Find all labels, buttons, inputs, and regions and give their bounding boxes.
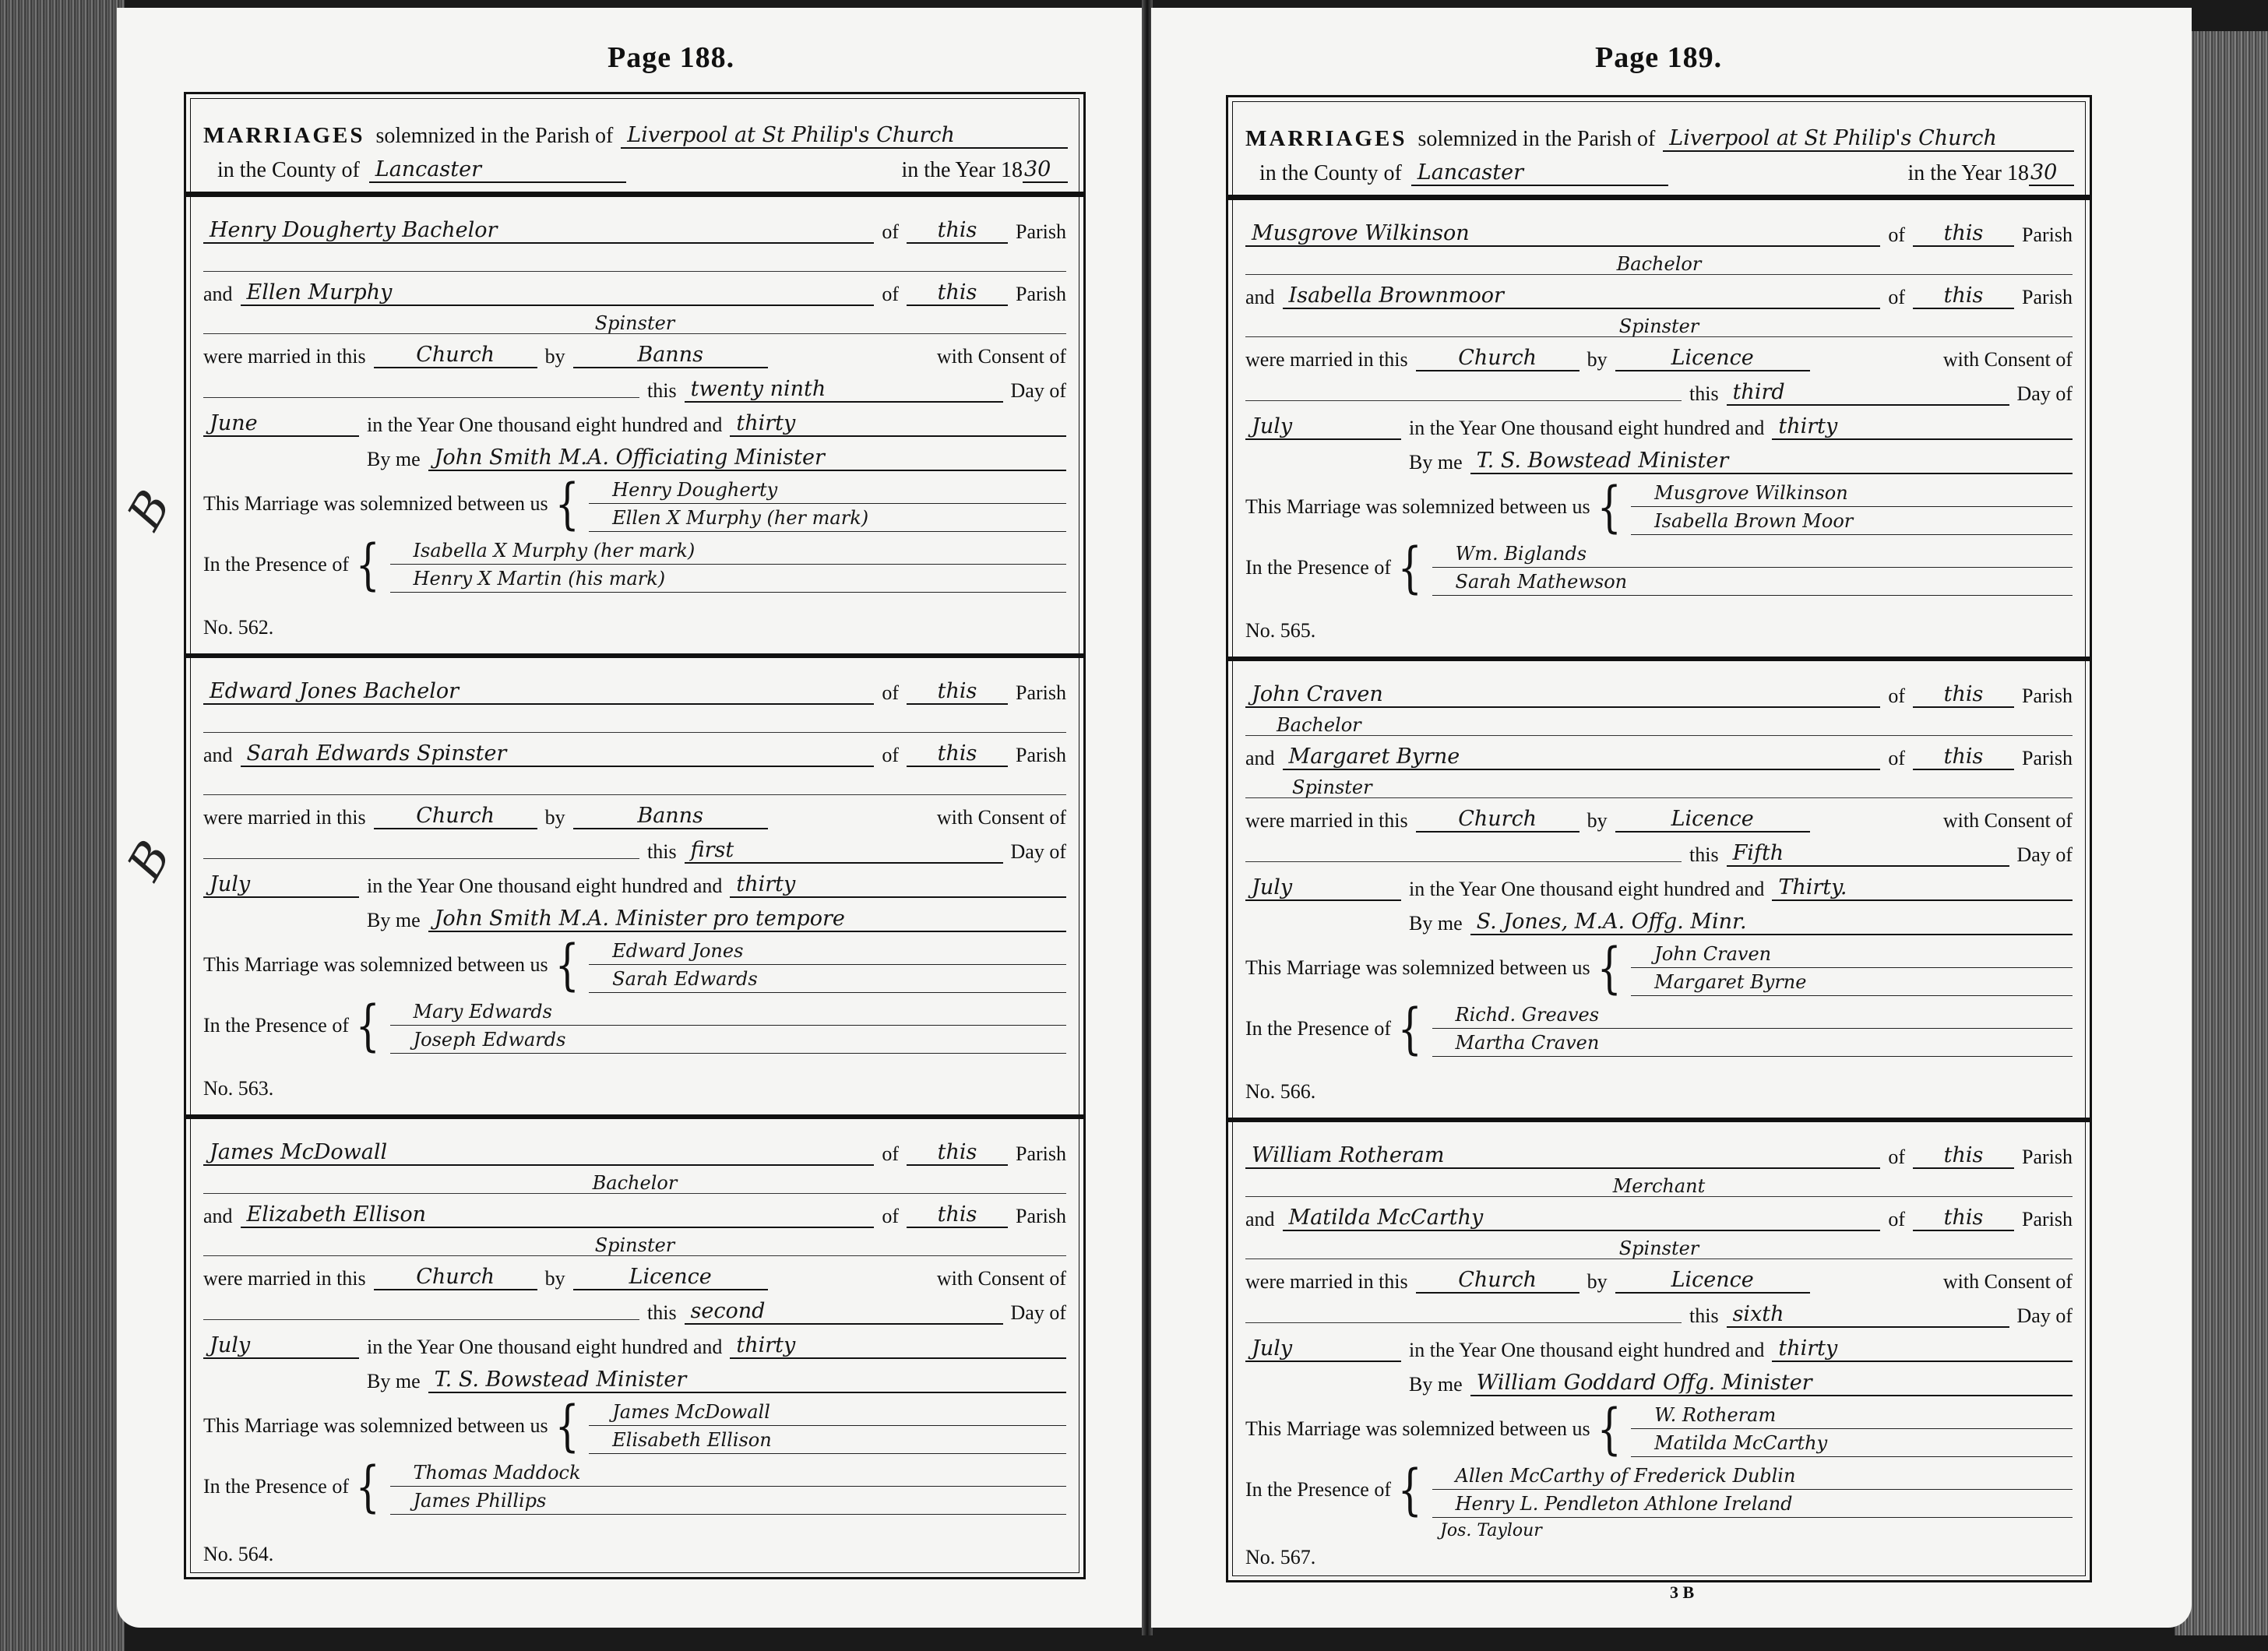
header-title: MARRIAGES [1245,126,1407,152]
brace: { [356,998,380,1053]
party-signature: Musgrove Wilkinson [1631,479,2073,507]
groom-name: John Craven [1245,683,1880,708]
header-label: in the Year 18 [1907,161,2029,186]
label: in the Year One thousand eight hundred a… [367,1336,722,1359]
brace: { [1398,540,1422,595]
groom-condition: Merchant [1245,1176,2073,1197]
party-signature: James McDowall [589,1398,1066,1426]
bride-parish: this [1913,284,2014,309]
bride-parish: this [907,281,1008,306]
label: Parish [1016,681,1066,705]
label: by [545,1267,565,1290]
label: in the Year One thousand eight hundred a… [367,414,722,437]
brace: { [555,477,579,531]
label: with Consent of [937,345,1066,368]
witness-signature: Richd. Greaves [1432,1001,2073,1029]
page-number: Page 188. [607,40,734,75]
groom-name: William Rotheram [1245,1144,1880,1169]
header-label: in the Year 18 [901,158,1023,183]
label: in the Year One thousand eight hundred a… [1409,878,1764,901]
year-words: thirty [730,873,1066,898]
brace: { [1597,941,1621,995]
groom-parish: this [907,680,1008,705]
bride-parish: this [1913,1206,2014,1231]
label: Parish [2022,685,2073,708]
place-value: Church [1416,347,1579,371]
year-words: thirty [1772,1337,2073,1362]
bride-parish: this [907,1203,1008,1228]
label: Parish [2022,747,2073,770]
brace: { [1398,1463,1422,1517]
entry-number: No. 562. [203,616,273,639]
groom-parish: this [907,1141,1008,1166]
bride-condition: Spinster [203,1235,1066,1256]
label: This Marriage was solemnized between us [1245,956,1590,980]
witness-signature: Isabella X Murphy (her mark) [390,537,1066,565]
label: of [882,220,899,244]
margin-mark: B [118,832,182,889]
register-header: MARRIAGES solemnized in the Parish of Li… [1228,97,2090,200]
header-title: MARRIAGES [203,123,364,149]
label: Parish [1016,1205,1066,1228]
blank-line [203,396,639,398]
bride-condition: Spinster [1245,777,2073,798]
label: in the Year One thousand eight hundred a… [367,875,722,898]
margin-mark: B [118,481,182,538]
label: with Consent of [1943,1270,2073,1294]
place-value: Church [1416,808,1579,833]
party-signature: Matilda McCarthy [1631,1429,2073,1457]
party-signature: Henry Dougherty [589,476,1066,504]
marriage-entry: John Craven of this Parish Bachelor and … [1228,661,2090,1122]
party-signature: Edward Jones [589,937,1066,965]
label: this [1689,1304,1719,1328]
witness-signature: James Phillips [390,1487,1066,1515]
label: In the Presence of [203,1014,349,1037]
header-label: solemnized in the Parish of [375,124,613,149]
party-signature: Margaret Byrne [1631,968,2073,996]
label: By me [1409,1373,1463,1396]
witness-signature: Mary Edwards [390,998,1066,1026]
groom-name: Edward Jones Bachelor [203,680,874,705]
label: were married in this [1245,809,1408,833]
groom-parish: this [1913,683,2014,708]
party-signature: Isabella Brown Moor [1631,507,2073,535]
bride-name: Margaret Byrne [1283,745,1881,770]
marriage-entry: Edward Jones Bachelor of this Parish and… [186,658,1083,1119]
groom-parish: this [1913,222,2014,247]
groom-condition [203,271,1066,272]
label: of [1888,747,1905,770]
label: with Consent of [937,1267,1066,1290]
marriage-entry: Henry Dougherty Bachelor of this Parish … [186,197,1083,658]
entry-number: No. 566. [1245,1080,1315,1104]
label: Day of [2017,382,2073,406]
groom-name: Henry Dougherty Bachelor [203,219,874,244]
county-value: Lancaster [369,158,626,183]
label: this [1689,843,1719,867]
witness-signature: Wm. Biglands [1432,540,2073,568]
label: of [1888,1146,1905,1169]
label: of [1888,224,1905,247]
month-value: June [203,412,359,437]
label: and [203,1205,233,1228]
label: Day of [2017,1304,2073,1328]
party-signature: Elisabeth Ellison [589,1426,1066,1454]
bride-name: Isabella Brownmoor [1283,284,1881,309]
place-value: Church [374,343,537,368]
month-value: July [1245,876,1401,901]
label: By me [367,909,421,932]
party-signature: W. Rotheram [1631,1401,2073,1429]
officiant-signature: S. Jones, M.A. Offg. Minr. [1470,910,2073,935]
label: Day of [1011,1301,1066,1325]
label: of [882,681,899,705]
label: Parish [2022,286,2073,309]
witness-signature: Sarah Mathewson [1432,568,2073,596]
right-page: Page 189. MARRIAGES solemnized in the Pa… [1151,8,2192,1628]
entry-number: No. 565. [1245,619,1315,642]
groom-name: James McDowall [203,1141,874,1166]
by-value: Licence [1615,1269,1810,1294]
printer-signature-mark: 3 B [1670,1582,1694,1603]
label: By me [367,1370,421,1393]
month-value: July [1245,415,1401,440]
extra-witness-signature: Jos. Taylour [1245,1521,2073,1540]
marriage-entry: Musgrove Wilkinson of this Parish Bachel… [1228,200,2090,661]
marriage-entry: William Rotheram of this Parish Merchant… [1228,1122,2090,1583]
header-label: in the County of [1259,161,1402,186]
entry-number: No. 567. [1245,1546,1315,1569]
label: were married in this [203,1267,366,1290]
witness-signature: Henry L. Pendleton Athlone Ireland [1432,1490,2073,1518]
blank-line [1245,861,1682,862]
by-value: Banns [573,804,768,829]
year-words: Thirty. [1772,876,2073,901]
label: This Marriage was solemnized between us [1245,495,1590,519]
parish-value: Liverpool at St Philip's Church [1663,127,2074,152]
label: and [203,283,233,306]
label: In the Presence of [1245,556,1391,579]
month-value: July [203,873,359,898]
groom-name: Musgrove Wilkinson [1245,222,1880,247]
label: were married in this [1245,348,1408,371]
label: Parish [2022,1146,2073,1169]
officiant-signature: William Goddard Offg. Minister [1470,1371,2073,1396]
witness-signature: Joseph Edwards [390,1026,1066,1054]
entry-number: No. 563. [203,1077,273,1100]
groom-condition: Bachelor [1245,254,2073,275]
label: Parish [1016,1142,1066,1166]
by-value: Licence [1615,347,1810,371]
day-value: sixth [1727,1303,2009,1328]
year-words: thirty [730,1334,1066,1359]
month-value: July [203,1334,359,1359]
label: by [545,806,565,829]
officiant-signature: T. S. Bowstead Minister [1470,449,2073,474]
place-value: Church [374,1266,537,1290]
header-label: solemnized in the Parish of [1417,127,1655,152]
groom-condition [203,732,1066,733]
label: Day of [1011,840,1066,864]
label: Day of [1011,379,1066,403]
page-number: Page 189. [1595,40,1722,75]
label: by [545,345,565,368]
label: In the Presence of [1245,1017,1391,1040]
officiant-signature: John Smith M.A. Officiating Minister [428,446,1066,471]
bride-condition: Spinster [1245,1238,2073,1259]
label: Parish [2022,224,2073,247]
label: by [1587,348,1608,371]
party-signature: John Craven [1631,940,2073,968]
bride-parish: this [907,742,1008,767]
label: of [1888,286,1905,309]
label: this [647,1301,677,1325]
label: this [647,840,677,864]
brace: { [555,938,579,992]
bride-condition: Spinster [203,313,1066,334]
year-value: 30 [2029,161,2074,186]
blank-line [1245,1322,1682,1323]
label: with Consent of [937,806,1066,829]
label: of [882,1142,899,1166]
register-header: MARRIAGES solemnized in the Parish of Li… [186,94,1083,197]
year-value: 30 [1023,158,1068,183]
label: by [1587,1270,1608,1294]
groom-condition: Bachelor [1245,715,2073,736]
day-value: Fifth [1727,842,2009,867]
label: In the Presence of [1245,1478,1391,1501]
bride-condition [203,794,1066,795]
label: this [1689,382,1719,406]
place-value: Church [1416,1269,1579,1294]
brace: { [555,1399,579,1453]
label: by [1587,809,1608,833]
witness-signature: Henry X Martin (his mark) [390,565,1066,593]
county-value: Lancaster [1411,161,1668,186]
label: of [882,283,899,306]
left-page: Page 188. B B MARRIAGES solemnized in th… [117,8,1145,1628]
label: In the Presence of [203,553,349,576]
brace: { [356,537,380,592]
book-edge-left [0,0,125,1651]
day-value: third [1727,381,2009,406]
label: this [647,379,677,403]
label: By me [367,448,421,471]
label: This Marriage was solemnized between us [1245,1417,1590,1441]
label: This Marriage was solemnized between us [203,492,548,516]
label: were married in this [203,345,366,368]
label: This Marriage was solemnized between us [203,1414,548,1438]
place-value: Church [374,804,537,829]
label: were married in this [1245,1270,1408,1294]
label: with Consent of [1943,348,2073,371]
year-words: thirty [1772,415,2073,440]
bride-name: Matilda McCarthy [1283,1206,1881,1231]
label: of [882,744,899,767]
bride-condition: Spinster [1245,316,2073,337]
label: of [882,1205,899,1228]
label: and [203,744,233,767]
officiant-signature: T. S. Bowstead Minister [428,1368,1066,1393]
bride-name: Ellen Murphy [241,281,875,306]
day-value: twenty ninth [685,378,1003,403]
label: Day of [2017,843,2073,867]
marriage-register-form: MARRIAGES solemnized in the Parish of Li… [184,92,1086,1579]
day-value: second [685,1300,1003,1325]
label: This Marriage was solemnized between us [203,953,548,977]
label: of [1888,685,1905,708]
year-words: thirty [730,412,1066,437]
bride-parish: this [1913,745,2014,770]
label: By me [1409,451,1463,474]
label: Parish [1016,283,1066,306]
entry-number: No. 564. [203,1543,273,1566]
label: were married in this [203,806,366,829]
label: and [1245,1208,1275,1231]
by-value: Licence [1615,808,1810,833]
groom-parish: this [907,219,1008,244]
label: with Consent of [1943,809,2073,833]
witness-signature: Martha Craven [1432,1029,2073,1057]
month-value: July [1245,1337,1401,1362]
label: in the Year One thousand eight hundred a… [1409,417,1764,440]
brace: { [1597,480,1621,534]
blank-line [1245,400,1682,401]
blank-line [203,1318,639,1320]
bride-name: Elizabeth Ellison [241,1203,875,1228]
label: in the Year One thousand eight hundred a… [1409,1339,1764,1362]
day-value: first [685,839,1003,864]
groom-parish: this [1913,1144,2014,1169]
label: Parish [2022,1208,2073,1231]
by-value: Licence [573,1266,768,1290]
header-label: in the County of [217,158,360,183]
parish-value: Liverpool at St Philip's Church [621,124,1068,149]
label: Parish [1016,744,1066,767]
brace: { [1597,1402,1621,1456]
party-signature: Ellen X Murphy (her mark) [589,504,1066,532]
witness-signature: Allen McCarthy of Frederick Dublin [1432,1462,2073,1490]
brace: { [1398,1002,1422,1056]
by-value: Banns [573,343,768,368]
label: of [1888,1208,1905,1231]
groom-condition: Bachelor [203,1173,1066,1194]
open-register-book: Page 188. B B MARRIAGES solemnized in th… [0,0,2268,1651]
label: and [1245,747,1275,770]
marriage-entry: James McDowall of this Parish Bachelor a… [186,1119,1083,1580]
label: and [1245,286,1275,309]
brace: { [356,1459,380,1514]
marriage-register-form: MARRIAGES solemnized in the Parish of Li… [1226,95,2092,1582]
label: In the Presence of [203,1475,349,1498]
label: Parish [1016,220,1066,244]
officiant-signature: John Smith M.A. Minister pro tempore [428,907,1066,932]
blank-line [203,857,639,859]
bride-name: Sarah Edwards Spinster [241,742,875,767]
party-signature: Sarah Edwards [589,965,1066,993]
label: By me [1409,912,1463,935]
witness-signature: Thomas Maddock [390,1459,1066,1487]
